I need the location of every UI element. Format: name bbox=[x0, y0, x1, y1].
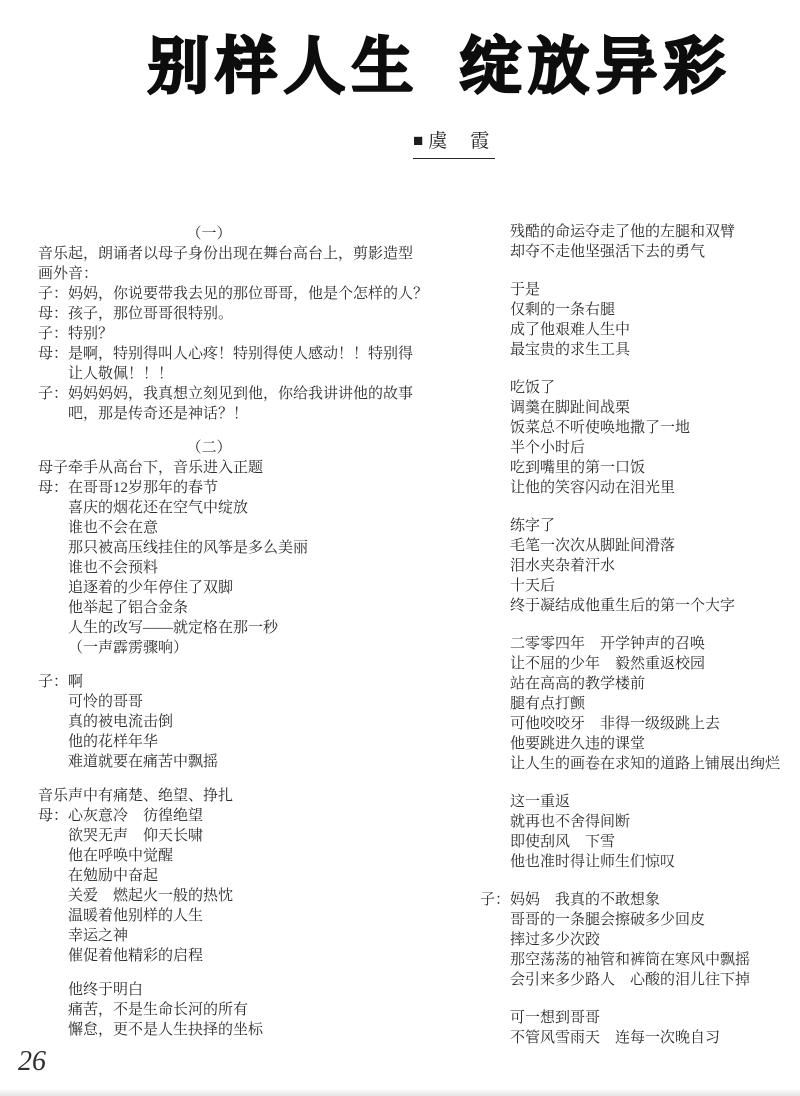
text-line: 在勉励中奋起 bbox=[38, 866, 380, 886]
text-line: 他的花样年华 bbox=[38, 732, 380, 752]
text-line: 子：妈妈 我真的不敢想象 bbox=[480, 890, 790, 910]
text-line: 懈怠，更不是人生抉择的坐标 bbox=[38, 1020, 380, 1040]
text-line: 成了他艰难人生中 bbox=[480, 320, 790, 340]
stanza-gap bbox=[38, 424, 380, 438]
title-part-2: 绽放异彩 bbox=[460, 31, 732, 102]
text-line: 人生的改写——就定格在那一秒 bbox=[38, 618, 380, 638]
text-line: 母：心灰意冷 彷徨绝望 bbox=[38, 806, 380, 826]
text-line: 他举起了铝合金条 bbox=[38, 598, 380, 618]
text-line: 幸运之神 bbox=[38, 926, 380, 946]
text-line: 最宝贵的求生工具 bbox=[480, 340, 790, 360]
stanza-gap bbox=[480, 262, 790, 280]
author-name: 虞 霞 bbox=[428, 131, 491, 152]
text-line: 子：特别？ bbox=[38, 324, 380, 344]
text-line: （二） bbox=[38, 438, 380, 458]
text-line: 即使刮风 下雪 bbox=[480, 832, 790, 852]
left-column: （一）音乐起，朗诵者以母子身份出现在舞台高台上，剪影造型画外音：子：妈妈，你说要… bbox=[38, 224, 380, 1040]
text-line: 那空荡荡的袖管和裤筒在寒风中飘摇 bbox=[480, 950, 790, 970]
text-line: 腿有点打颤 bbox=[480, 694, 790, 714]
text-line: 二零零四年 开学钟声的召唤 bbox=[480, 634, 790, 654]
text-line: 关爱 燃起火一般的热忱 bbox=[38, 886, 380, 906]
text-line: 可他咬咬牙 非得一级级跳上去 bbox=[480, 714, 790, 734]
text-line: 不管风雪雨天 连每一次晚自习 bbox=[480, 1028, 790, 1048]
text-line: 谁也不会在意 bbox=[38, 518, 380, 538]
text-line: 摔过多少次跤 bbox=[480, 930, 790, 950]
text-line: 痛苦，不是生命长河的所有 bbox=[38, 1000, 380, 1020]
stanza-gap bbox=[38, 772, 380, 786]
text-line: 他也准时得让师生们惊叹 bbox=[480, 852, 790, 872]
text-line: 于是 bbox=[480, 280, 790, 300]
text-line: 半个小时后 bbox=[480, 438, 790, 458]
text-line: 欲哭无声 仰天长啸 bbox=[38, 826, 380, 846]
text-line: 泪水夹杂着汗水 bbox=[480, 556, 790, 576]
text-line: 吃饭了 bbox=[480, 378, 790, 398]
text-line: 让人敬佩！！！ bbox=[38, 364, 380, 384]
text-line: 母：是啊，特别得叫人心疼！特别得使人感动！！特别得 bbox=[38, 344, 380, 364]
author-byline: ■虞 霞 bbox=[413, 126, 495, 159]
title-part-1: 别样人生 bbox=[148, 31, 420, 102]
magazine-page: 别样人生绽放异彩 ■虞 霞 （一）音乐起，朗诵者以母子身份出现在舞台高台上，剪影… bbox=[0, 0, 800, 1096]
text-line: 让人生的画卷在求知的道路上铺展出绚烂 bbox=[480, 754, 790, 774]
text-line: 母子牵手从高台下，音乐进入正题 bbox=[38, 458, 380, 478]
stanza-gap bbox=[480, 990, 790, 1008]
text-line: 仅剩的一条右腿 bbox=[480, 300, 790, 320]
text-line: 子：妈妈妈妈，我真想立刻见到他，你给我讲讲他的故事 bbox=[38, 384, 380, 404]
text-line: （一声霹雳骤响） bbox=[38, 638, 380, 658]
text-line: 画外音： bbox=[38, 264, 380, 284]
text-line: 真的被电流击倒 bbox=[38, 712, 380, 732]
stanza-gap bbox=[480, 774, 790, 792]
text-line: 饭菜总不听使唤地撒了一地 bbox=[480, 418, 790, 438]
text-line: 就再也不舍得间断 bbox=[480, 812, 790, 832]
text-line: 调羹在脚趾间战栗 bbox=[480, 398, 790, 418]
text-line: 会引来多少路人 心酸的泪儿往下掉 bbox=[480, 970, 790, 990]
author-square-icon: ■ bbox=[413, 131, 425, 150]
stanza-gap bbox=[38, 966, 380, 980]
text-line: 那只被高压线挂住的风筝是多么美丽 bbox=[38, 538, 380, 558]
text-line: 哥哥的一条腿会擦破多少回皮 bbox=[480, 910, 790, 930]
text-line: 音乐起，朗诵者以母子身份出现在舞台高台上，剪影造型 bbox=[38, 244, 380, 264]
text-line: 母：孩子，那位哥哥很特别。 bbox=[38, 304, 380, 324]
text-line: 谁也不会预料 bbox=[38, 558, 380, 578]
text-line: 温暖着他别样的人生 bbox=[38, 906, 380, 926]
text-line: 喜庆的烟花还在空气中绽放 bbox=[38, 498, 380, 518]
stanza-gap bbox=[38, 658, 380, 672]
text-line: 难道就要在痛苦中飘摇 bbox=[38, 752, 380, 772]
text-line: 他要跳进久违的课堂 bbox=[480, 734, 790, 754]
text-line: 残酷的命运夺走了他的左腿和双臂 bbox=[480, 222, 790, 242]
text-line: 终于凝结成他重生后的第一个大字 bbox=[480, 596, 790, 616]
text-line: 他在呼唤中觉醒 bbox=[38, 846, 380, 866]
text-line: 却夺不走他坚强活下去的勇气 bbox=[480, 242, 790, 262]
scan-edge-shadow bbox=[0, 1089, 800, 1096]
stanza-gap bbox=[480, 616, 790, 634]
text-line: 让不屈的少年 毅然重返校园 bbox=[480, 654, 790, 674]
right-column: 残酷的命运夺走了他的左腿和双臂却夺不走他坚强活下去的勇气于是仅剩的一条右腿成了他… bbox=[480, 222, 790, 1048]
text-line: 子：啊 bbox=[38, 672, 380, 692]
text-line: 练字了 bbox=[480, 516, 790, 536]
text-line: 子：妈妈，你说要带我去见的那位哥哥，他是个怎样的人？ bbox=[38, 284, 380, 304]
text-line: 追逐着的少年停住了双脚 bbox=[38, 578, 380, 598]
stanza-gap bbox=[480, 872, 790, 890]
text-line: 毛笔一次次从脚趾间滑落 bbox=[480, 536, 790, 556]
text-line: 母：在哥哥12岁那年的春节 bbox=[38, 478, 380, 498]
stanza-gap bbox=[480, 360, 790, 378]
text-line: 可怜的哥哥 bbox=[38, 692, 380, 712]
text-line: 可一想到哥哥 bbox=[480, 1008, 790, 1028]
text-line: 十天后 bbox=[480, 576, 790, 596]
text-line: （一） bbox=[38, 224, 380, 244]
text-line: 吧，那是传奇还是神话？！ bbox=[38, 404, 380, 424]
page-title: 别样人生绽放异彩 bbox=[148, 18, 732, 105]
text-line: 让他的笑容闪动在泪光里 bbox=[480, 478, 790, 498]
text-line: 音乐声中有痛楚、绝望、挣扎 bbox=[38, 786, 380, 806]
stanza-gap bbox=[480, 498, 790, 516]
page-number: 26 bbox=[18, 1046, 46, 1078]
text-line: 催促着他精彩的启程 bbox=[38, 946, 380, 966]
text-line: 这一重返 bbox=[480, 792, 790, 812]
text-line: 站在高高的教学楼前 bbox=[480, 674, 790, 694]
text-line: 他终于明白 bbox=[38, 980, 380, 1000]
text-line: 吃到嘴里的第一口饭 bbox=[480, 458, 790, 478]
